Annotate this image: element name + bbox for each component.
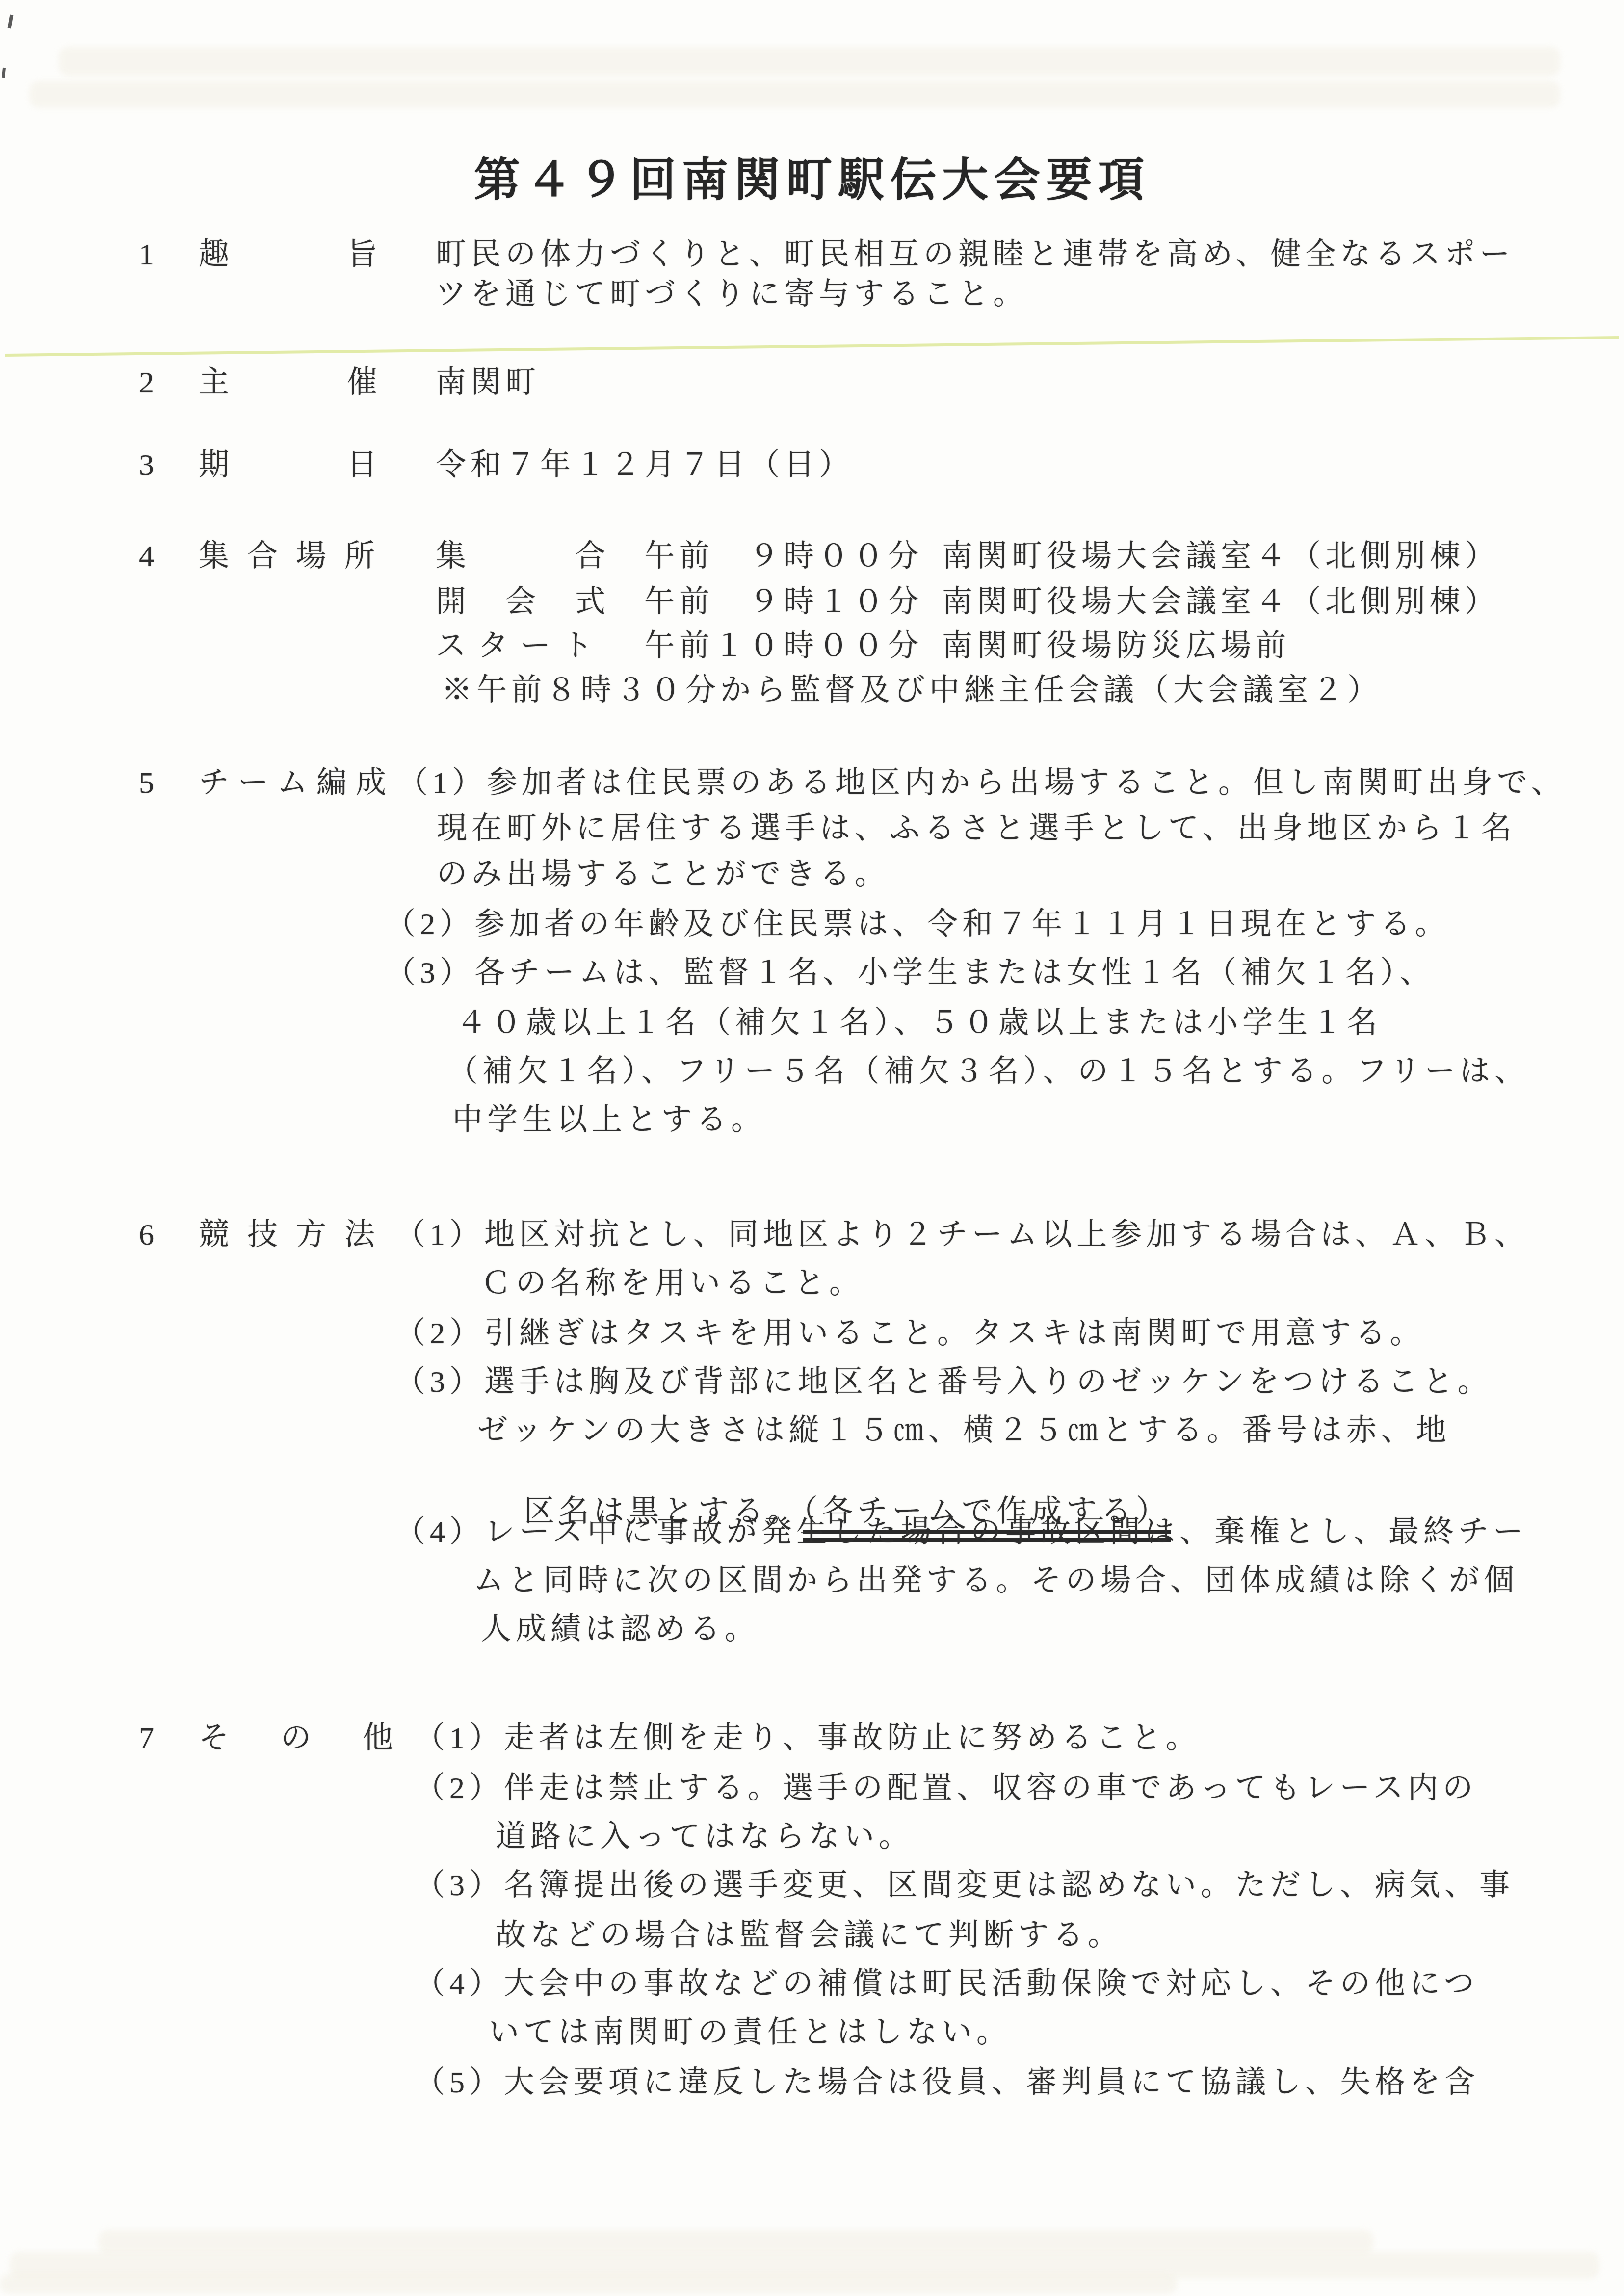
section5-number: 5 [139, 767, 158, 799]
section7-label: その他 [199, 1722, 445, 1754]
section3-body: 令和７年１２月７日（日） [436, 449, 854, 481]
section7-item: いては南関町の責任とはしない。 [489, 2016, 1011, 2049]
section5-item: 現在町外に居住する選手は、ふるさと選手として、出身地区から１名 [437, 812, 1516, 845]
section6-item: （2）引継ぎはタスキを用いること。タスキは南関町で用意する。 [395, 1317, 1425, 1350]
section5-item: （3）各チームは、監督１名、小学生または女性１名（補欠１名）、 [385, 957, 1435, 989]
section6-item: ゼッケンの大きさは縦１５㎝、横２５㎝とする。番号は赤、地 [477, 1414, 1451, 1447]
section1-number: 1 [139, 238, 158, 271]
section7-item: 道路に入ってはならない。 [496, 1821, 914, 1853]
section6-item: Ｃの名称を用いること。 [481, 1267, 864, 1300]
section5-item: のみ出場することができる。 [437, 858, 890, 890]
section7-item: 故などの場合は監督会議にて判断する。 [496, 1919, 1123, 1952]
section2-body: 南関町 [436, 366, 540, 399]
section1-line: ツを通じて町づくりに寄与すること。 [436, 278, 1028, 311]
section5-item: （2）参加者の年齢及び住民票は、令和７年１１月１日現在とする。 [385, 908, 1450, 940]
section6-item: （1）地区対抗とし、同地区より２チーム以上参加する場合は、Ａ、Ｂ、 [395, 1219, 1529, 1251]
section4-number: 4 [139, 540, 158, 573]
section4-note: ※午前８時３０分から監督及び中継主任会議（大会議室２） [442, 674, 1382, 706]
section3-number: 3 [139, 449, 158, 481]
section7-item: （1）走者は左側を走り、事故防止に努めること。 [415, 1722, 1201, 1754]
schedule-event: スタート [436, 630, 604, 662]
section7-item: （5）大会要項に違反した場合は役員、審判員にて協議し、失格を含 [415, 2066, 1479, 2099]
schedule-time: 午前 ９時１０分 [644, 586, 923, 618]
section5-label: チーム編成 [199, 767, 395, 799]
section6-item: 人成績は認める。 [481, 1613, 760, 1645]
schedule-place: 南関町役場防災広場前 [942, 630, 1290, 662]
section6-label: 競技方法 [199, 1219, 393, 1251]
section7-item: （3）名簿提出後の選手変更、区間変更は認めない。ただし、病気、事 [415, 1869, 1514, 1902]
schedule-event: 開 会 式 [436, 586, 610, 618]
schedule-event: 集 合 [436, 540, 610, 573]
section7-item: （4）大会中の事故などの補償は町民活動保険で対応し、その他につ [415, 1968, 1479, 2000]
scanned-document-page: 第４９回南関町駅伝大会要項 1 趣旨 町民の体力づくりと、町民相互の親睦と連帯を… [0, 0, 1624, 2296]
schedule-time: 午前 ９時００分 [644, 540, 923, 573]
section6-item: ムと同時に次の区間から出発する。その場合、団体成績は除くが個 [473, 1565, 1519, 1597]
section7-item: （2）伴走は禁止する。選手の配置、収容の車であってもレース内の [415, 1772, 1477, 1804]
section5-item: （1）参加者は住民票のある地区内から出場すること。但し南関町出身で、 [397, 767, 1566, 799]
section6-item: （3）選手は胸及び背部に地区名と番号入りのゼッケンをつけること。 [395, 1366, 1493, 1398]
section5-item: （補欠１名）、フリー５名（補欠３名）、の１５名とする。フリーは、 [447, 1055, 1529, 1088]
section1-line: 町民の体力づくりと、町民相互の親睦と連帯を高め、健全なるスポー [436, 238, 1515, 271]
schedule-place: 南関町役場大会議室４（北側別棟） [942, 586, 1499, 618]
schedule-time: 午前１０時００分 [644, 630, 923, 662]
section2-number: 2 [139, 366, 158, 399]
section6-number: 6 [139, 1219, 158, 1251]
section5-item: 中学生以上とする。 [452, 1104, 766, 1136]
section5-item: ４０歳以上１名（補欠１名）、５０歳以上または小学生１名 [456, 1007, 1382, 1039]
section4-label: 集合場所 [199, 540, 393, 573]
section7-number: 7 [139, 1722, 158, 1754]
schedule-place: 南関町役場大会議室４（北側別棟） [942, 540, 1499, 573]
page-title: 第４９回南関町駅伝大会要項 [0, 156, 1624, 205]
section6-item: （4）レース中に事故が発生した場合の事故区間は、棄権とし、最終チー [395, 1516, 1528, 1548]
